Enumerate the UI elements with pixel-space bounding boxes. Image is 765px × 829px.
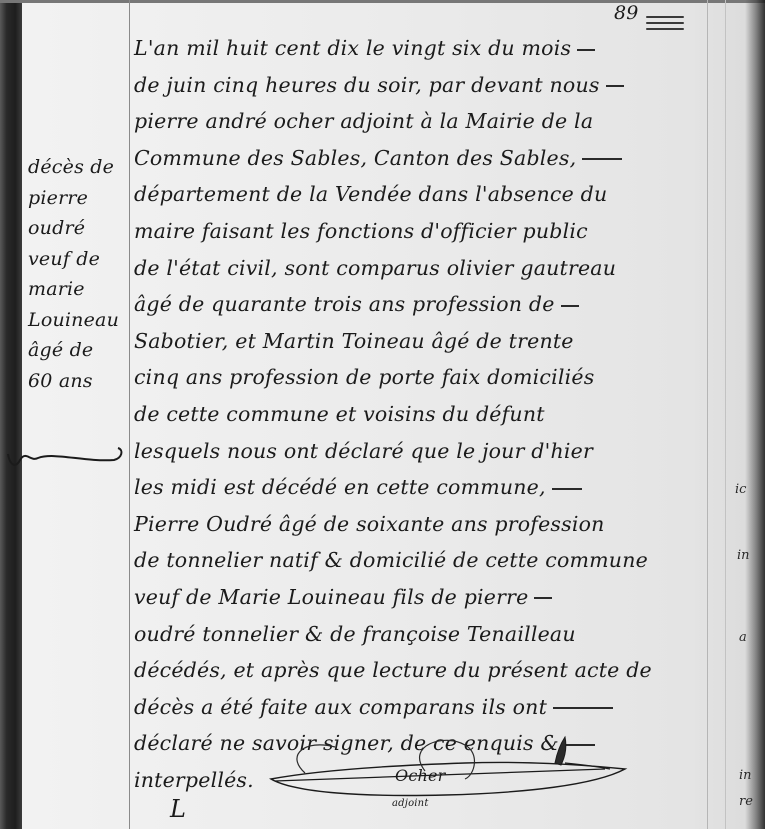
margin-rule-line <box>129 0 130 829</box>
record-line: maire faisant les fonctions d'officier p… <box>134 213 714 250</box>
right-margin-mark: a <box>739 630 747 645</box>
margin-note-line: marie <box>28 274 128 305</box>
record-line: de l'état civil, sont comparus olivier g… <box>134 250 714 287</box>
record-line: lesquels nous ont déclaré que le jour d'… <box>134 433 714 470</box>
record-line: pierre andré ocher adjoint à la Mairie d… <box>134 103 714 140</box>
record-line: L'an mil huit cent dix le vingt six du m… <box>134 30 714 67</box>
record-line: décédés, et après que lecture du présent… <box>134 652 714 689</box>
folio-number: 89 <box>614 2 639 24</box>
margin-note-line: oudré <box>28 213 128 244</box>
signature-name: Ocher <box>395 766 446 785</box>
record-body: L'an mil huit cent dix le vingt six du m… <box>134 30 714 798</box>
book-binding-edge <box>0 0 22 829</box>
record-line: département de la Vendée dans l'absence … <box>134 176 714 213</box>
record-line: cinq ans profession de porte faix domici… <box>134 359 714 396</box>
right-margin-mark: re <box>739 794 753 809</box>
margin-note: décès de pierre oudré veuf de marie Loui… <box>28 152 128 396</box>
next-record-start: L <box>170 795 186 823</box>
record-line: Commune des Sables, Canton des Sables, <box>134 140 714 177</box>
margin-note-line: veuf de <box>28 244 128 275</box>
record-line: âgé de quarante trois ans profession de <box>134 286 714 323</box>
folio-flourish-icon <box>646 16 684 30</box>
record-line: oudré tonnelier & de françoise Tenaillea… <box>134 616 714 653</box>
page-gutter-shadow <box>745 0 765 829</box>
right-margin-mark: in <box>739 768 752 783</box>
record-line: décès a été faite aux comparans ils ont <box>134 689 714 726</box>
signature-flourish-icon <box>265 735 635 815</box>
right-margin-mark: in <box>737 548 750 563</box>
record-line: Sabotier, et Martin Toineau âgé de trent… <box>134 323 714 360</box>
signature-title: adjoint <box>392 798 429 809</box>
record-line: de juin cinq heures du soir, par devant … <box>134 67 714 104</box>
record-line: Pierre Oudré âgé de soixante ans profess… <box>134 506 714 543</box>
margin-note-line: Louineau <box>28 305 128 336</box>
record-line: de tonnelier natif & domicilié de cette … <box>134 542 714 579</box>
margin-note-line: décès de <box>28 152 128 183</box>
page-top-edge <box>0 0 765 3</box>
margin-note-line: pierre <box>28 183 128 214</box>
margin-flourish-icon <box>4 440 124 470</box>
right-rule-line-outer <box>725 0 726 829</box>
margin-note-line: âgé de <box>28 335 128 366</box>
right-margin-mark: ic <box>735 482 746 497</box>
record-line: les midi est décédé en cette commune, <box>134 469 714 506</box>
record-line: veuf de Marie Louineau fils de pierre <box>134 579 714 616</box>
margin-note-line: 60 ans <box>28 366 128 397</box>
record-line: de cette commune et voisins du défunt <box>134 396 714 433</box>
